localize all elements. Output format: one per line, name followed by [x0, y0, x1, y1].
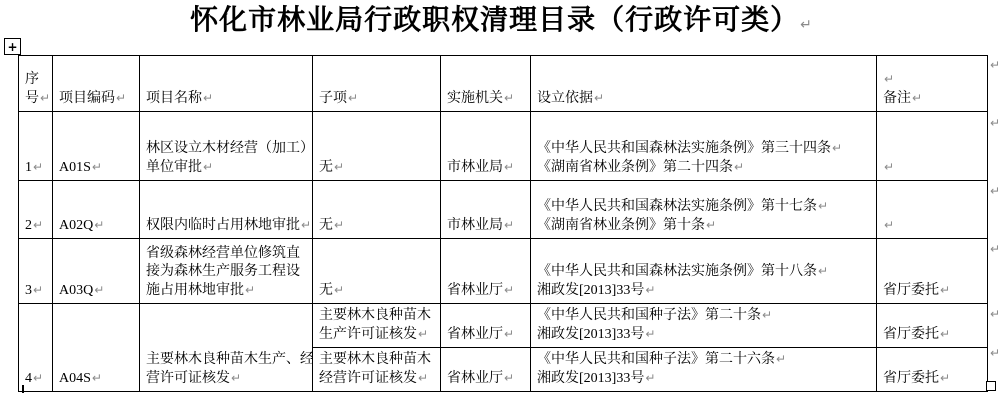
subitem-value: 无 [319, 160, 333, 175]
basis-line: 《中华人民共和国森林法实施条例》第十八条 [537, 264, 817, 279]
paragraph-mark-icon: ↵ [912, 91, 922, 105]
agency-value: 省林业厅 [447, 327, 503, 342]
seq-cell[interactable]: 1↵ [19, 112, 53, 181]
header-seq-line2: 号 [25, 91, 39, 106]
table-move-handle[interactable]: + [4, 38, 21, 55]
header-code-label: 项目编码 [59, 91, 115, 106]
subitem-line: 主要林木良种苗木 [319, 307, 436, 325]
agency-cell[interactable]: 省林业厅↵ [441, 239, 531, 304]
move-icon: + [7, 41, 17, 53]
title-text: 怀化市林业局行政职权清理目录（行政许可类） [190, 5, 799, 36]
header-note-label: 备注 [883, 91, 911, 106]
subitem-cell[interactable]: 主要林木良种苗木 生产许可证核发↵ [313, 304, 441, 348]
code-value: A01S [59, 160, 91, 175]
text-cursor [22, 385, 24, 393]
name-cell[interactable]: 权限内临时占用林地审批↵ [140, 181, 313, 239]
agency-value: 省林业厅 [447, 283, 503, 298]
agency-cell[interactable]: 省林业厅↵ [441, 348, 531, 392]
paragraph-mark-icon: ↵ [884, 72, 894, 86]
agency-cell[interactable]: 市林业局↵ [441, 112, 531, 181]
agency-value: 省林业厅 [447, 371, 503, 386]
table-row: 3↵ A03Q↵ 省级森林经营单位修筑直 接为森林生产服务工程设 施占用林地审批… [19, 239, 988, 304]
table-row: 4↵ A04S↵ 主要林木良种苗木生产、经 营许可证核发↵ 主要林木良种苗木 生… [19, 304, 988, 348]
code-value: A03Q [59, 283, 93, 298]
seq-cell[interactable]: 4↵ [19, 304, 53, 392]
header-name-label: 项目名称 [146, 91, 202, 106]
basis-line: 《湖南省林业条例》第二十四条 [537, 160, 733, 175]
header-note-cell[interactable]: ↵ 备注↵ [877, 56, 988, 112]
header-name-cell[interactable]: 项目名称↵ [140, 56, 313, 112]
note-cell[interactable]: 省厅委托↵ [877, 239, 988, 304]
paragraph-mark-icon: ↵ [884, 160, 894, 174]
agency-value: 市林业局 [447, 160, 503, 175]
paragraph-mark-icon: ↵ [832, 141, 842, 155]
note-cell[interactable]: ↵ [877, 181, 988, 239]
header-subitem-cell[interactable]: 子项↵ [313, 56, 441, 112]
paragraph-mark-icon: ↵ [33, 371, 43, 385]
paragraph-mark-icon: ↵ [92, 371, 102, 385]
paragraph-mark-icon: ↵ [418, 371, 428, 385]
row-end-mark-icon: ↵ [990, 185, 1000, 197]
header-code-cell[interactable]: 项目编码↵ [53, 56, 140, 112]
basis-line: 湘政发[2013]33号 [537, 371, 644, 386]
paragraph-mark-icon: ↵ [594, 91, 604, 105]
subitem-line: 经营许可证核发 [319, 371, 417, 386]
paragraph-mark-icon: ↵ [884, 218, 894, 232]
paragraph-mark-icon: ↵ [33, 218, 43, 232]
agency-value: 市林业局 [447, 218, 503, 233]
header-seq-cell[interactable]: 序 号↵ [19, 56, 53, 112]
code-value: A04S [59, 371, 91, 386]
paragraph-mark-icon: ↵ [645, 283, 655, 297]
basis-line: 《中华人民共和国种子法》第二十六条 [537, 352, 775, 367]
seq-value: 4 [25, 371, 32, 386]
name-line: 施占用林地审批 [146, 283, 244, 298]
paragraph-mark-icon: ↵ [94, 283, 104, 297]
basis-cell[interactable]: 《中华人民共和国森林法实施条例》第十八条↵ 湘政发[2013]33号↵ [531, 239, 877, 304]
page-title[interactable]: 怀化市林业局行政职权清理目录（行政许可类）↵ [0, 4, 1002, 42]
note-cell[interactable]: 省厅委托↵ [877, 348, 988, 392]
seq-cell[interactable]: 2↵ [19, 181, 53, 239]
header-basis-cell[interactable]: 设立依据↵ [531, 56, 877, 112]
paragraph-mark-icon: ↵ [800, 17, 812, 33]
basis-line: 《湖南省林业条例》第十条 [537, 218, 705, 233]
row-end-mark-icon: ↵ [990, 117, 1000, 129]
paragraph-mark-icon: ↵ [776, 352, 786, 366]
name-line: 权限内临时占用林地审批 [146, 218, 300, 233]
agency-cell[interactable]: 市林业局↵ [441, 181, 531, 239]
row-end-mark-icon: ↵ [990, 308, 1000, 320]
table-row: 2↵ A02Q↵ 权限内临时占用林地审批↵ 无↵ 市林业局↵ 《中华人民共和国森… [19, 181, 988, 239]
subitem-line: 生产许可证核发 [319, 327, 417, 342]
paragraph-mark-icon: ↵ [33, 283, 43, 297]
subitem-value: 无 [319, 283, 333, 298]
subitem-value: 无 [319, 218, 333, 233]
paragraph-mark-icon: ↵ [940, 371, 950, 385]
table-header-row: 序 号↵ 项目编码↵ 项目名称↵ 子项↵ 实施机关↵ 设立依据↵ ↵ 备注↵ [19, 56, 988, 112]
header-agency-cell[interactable]: 实施机关↵ [441, 56, 531, 112]
paragraph-mark-icon: ↵ [645, 327, 655, 341]
paragraph-mark-icon: ↵ [762, 308, 772, 322]
paragraph-mark-icon: ↵ [348, 91, 358, 105]
paragraph-mark-icon: ↵ [504, 327, 514, 341]
basis-cell[interactable]: 《中华人民共和国种子法》第二十条↵ 湘政发[2013]33号↵ [531, 304, 877, 348]
paragraph-mark-icon: ↵ [940, 283, 950, 297]
note-value: 省厅委托 [883, 327, 939, 342]
name-cell[interactable]: 主要林木良种苗木生产、经 营许可证核发↵ [140, 304, 313, 392]
paragraph-mark-icon: ↵ [940, 327, 950, 341]
paragraph-mark-icon: ↵ [334, 218, 344, 232]
document-page: 怀化市林业局行政职权清理目录（行政许可类）↵ + 序 号↵ 项目编码↵ 项目名称… [0, 0, 1002, 394]
paragraph-mark-icon: ↵ [245, 283, 255, 297]
paragraph-mark-icon: ↵ [645, 371, 655, 385]
code-cell[interactable]: A03Q↵ [53, 239, 140, 304]
paragraph-mark-icon: ↵ [301, 218, 311, 232]
paragraph-mark-icon: ↵ [203, 160, 213, 174]
row-end-mark-icon: ↵ [990, 347, 1000, 359]
paragraph-mark-icon: ↵ [231, 371, 241, 385]
header-agency-label: 实施机关 [447, 91, 503, 106]
subitem-cell[interactable]: 主要林木良种苗木 经营许可证核发↵ [313, 348, 441, 392]
name-line: 省级森林经营单位修筑直 [146, 245, 308, 263]
name-line: 营许可证核发 [146, 371, 230, 386]
note-value: 省厅委托 [883, 283, 939, 298]
basis-line: 《中华人民共和国森林法实施条例》第十七条 [537, 199, 817, 214]
name-line: 接为森林生产服务工程设 [146, 263, 308, 281]
seq-value: 1 [25, 160, 32, 175]
code-cell[interactable]: A02Q↵ [53, 181, 140, 239]
seq-value: 2 [25, 218, 32, 233]
note-value: 省厅委托 [883, 371, 939, 386]
header-seq-line1: 序 [25, 71, 48, 89]
header-subitem-label: 子项 [319, 91, 347, 106]
name-line: 林区设立木材经营（加工） [146, 140, 308, 158]
paragraph-mark-icon: ↵ [818, 199, 828, 213]
subitem-cell[interactable]: 无↵ [313, 181, 441, 239]
basis-line: 湘政发[2013]33号 [537, 327, 644, 342]
name-cell[interactable]: 林区设立木材经营（加工） 单位审批↵ [140, 112, 313, 181]
paragraph-mark-icon: ↵ [504, 160, 514, 174]
paragraph-mark-icon: ↵ [504, 371, 514, 385]
paragraph-mark-icon: ↵ [203, 91, 213, 105]
code-cell[interactable]: A04S↵ [53, 304, 140, 392]
paragraph-mark-icon: ↵ [504, 218, 514, 232]
name-line: 主要林木良种苗木生产、经 [146, 351, 308, 369]
paragraph-mark-icon: ↵ [504, 283, 514, 297]
subitem-line: 主要林木良种苗木 [319, 351, 436, 369]
header-basis-label: 设立依据 [537, 91, 593, 106]
basis-cell[interactable]: 《中华人民共和国种子法》第二十六条↵ 湘政发[2013]33号↵ [531, 348, 877, 392]
subitem-cell[interactable]: 无↵ [313, 112, 441, 181]
paragraph-mark-icon: ↵ [818, 264, 828, 278]
paragraph-mark-icon: ↵ [116, 91, 126, 105]
paragraph-mark-icon: ↵ [33, 160, 43, 174]
note-cell[interactable]: ↵ [877, 112, 988, 181]
name-line: 单位审批 [146, 160, 202, 175]
paragraph-mark-icon: ↵ [334, 283, 344, 297]
basis-line: 湘政发[2013]33号 [537, 283, 644, 298]
paragraph-mark-icon: ↵ [92, 160, 102, 174]
paragraph-mark-icon: ↵ [706, 218, 716, 232]
licensing-table: 序 号↵ 项目编码↵ 项目名称↵ 子项↵ 实施机关↵ 设立依据↵ ↵ 备注↵ 1… [18, 55, 988, 392]
paragraph-mark-icon: ↵ [504, 91, 514, 105]
paragraph-mark-icon: ↵ [334, 160, 344, 174]
note-cell[interactable]: 省厅委托↵ [877, 304, 988, 348]
paragraph-mark-icon: ↵ [418, 327, 428, 341]
code-cell[interactable]: A01S↵ [53, 112, 140, 181]
code-value: A02Q [59, 218, 93, 233]
seq-cell[interactable]: 3↵ [19, 239, 53, 304]
agency-cell[interactable]: 省林业厅↵ [441, 304, 531, 348]
basis-line: 《中华人民共和国种子法》第二十条 [537, 308, 761, 323]
paragraph-mark-icon: ↵ [94, 218, 104, 232]
subitem-cell[interactable]: 无↵ [313, 239, 441, 304]
basis-cell[interactable]: 《中华人民共和国森林法实施条例》第三十四条↵ 《湖南省林业条例》第二十四条↵ [531, 112, 877, 181]
row-end-mark-icon: ↵ [990, 59, 1000, 71]
paragraph-mark-icon: ↵ [734, 160, 744, 174]
row-end-mark-icon: ↵ [990, 243, 1000, 255]
paragraph-mark-icon: ↵ [40, 91, 50, 105]
basis-line: 《中华人民共和国森林法实施条例》第三十四条 [537, 141, 831, 156]
basis-cell[interactable]: 《中华人民共和国森林法实施条例》第十七条↵ 《湖南省林业条例》第十条↵ [531, 181, 877, 239]
table-resize-handle[interactable] [986, 381, 996, 391]
seq-value: 3 [25, 283, 32, 298]
table-row: 1↵ A01S↵ 林区设立木材经营（加工） 单位审批↵ 无↵ 市林业局↵ 《中华… [19, 112, 988, 181]
name-cell[interactable]: 省级森林经营单位修筑直 接为森林生产服务工程设 施占用林地审批↵ [140, 239, 313, 304]
